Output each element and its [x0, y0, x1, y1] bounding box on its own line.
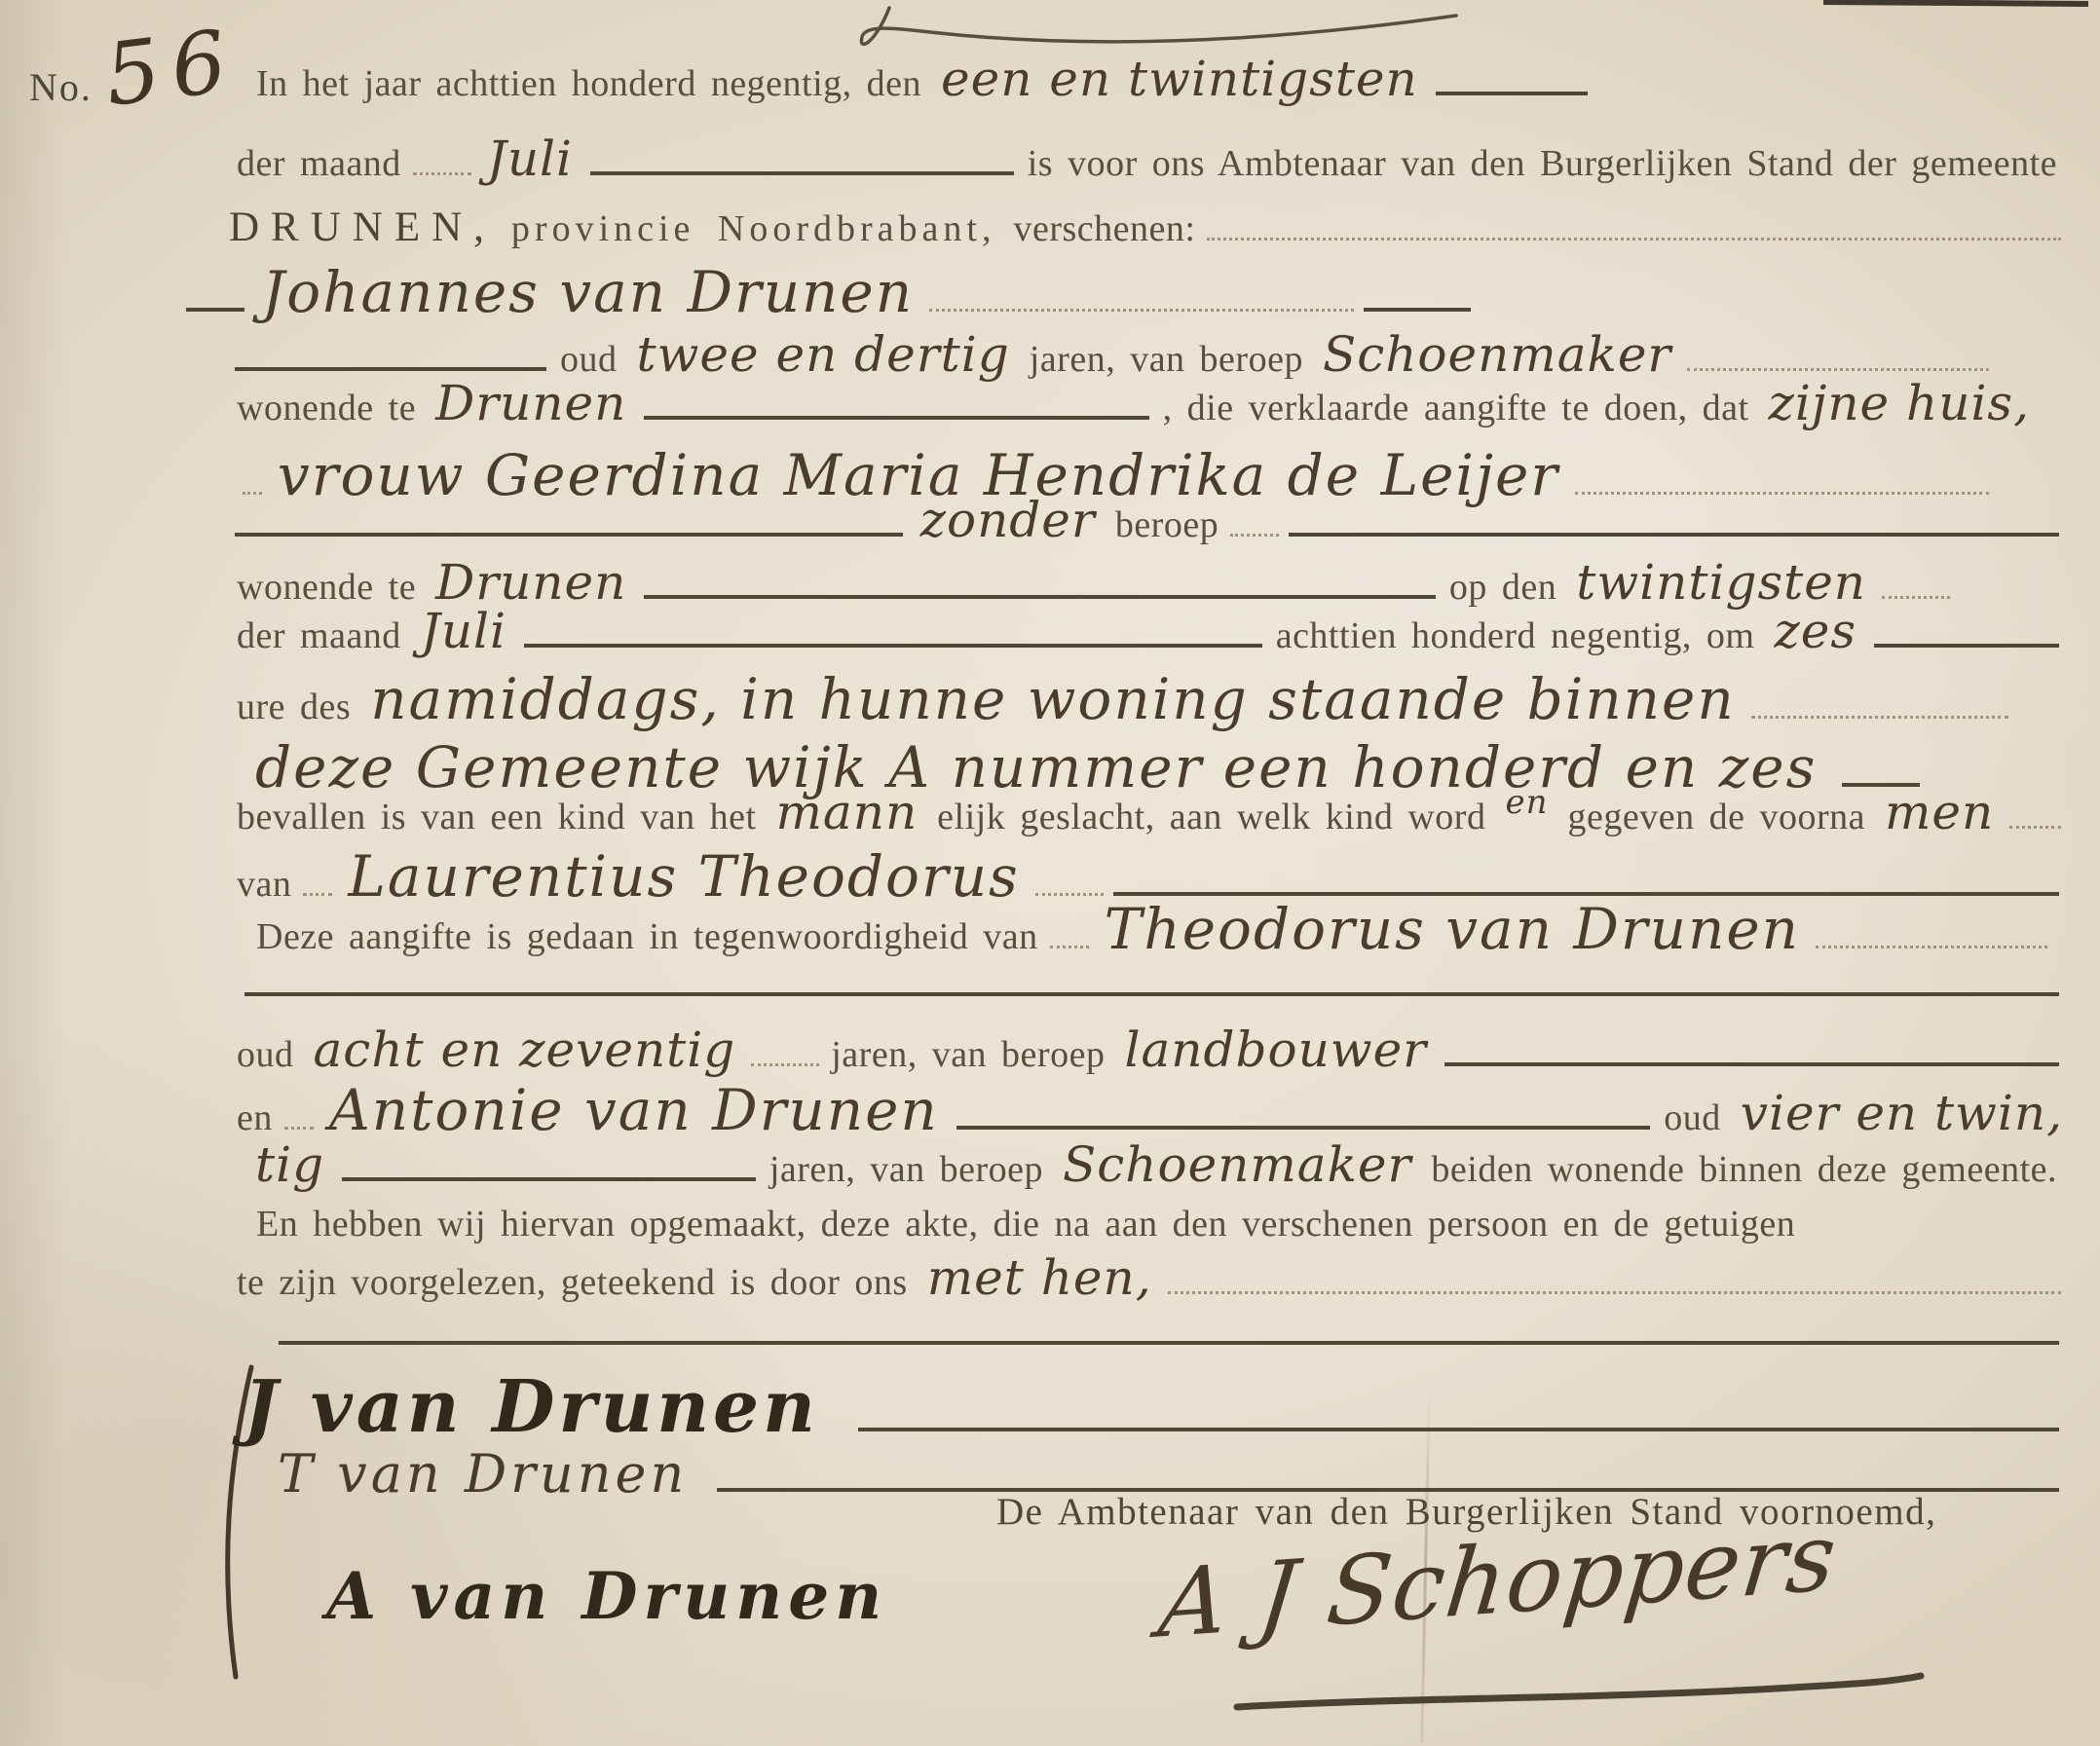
record-number-value: 56: [99, 10, 244, 126]
rule-line: [244, 987, 2059, 996]
rule-line: [279, 1336, 2059, 1345]
document-line: bevallen is van een kind van hetmannelij…: [229, 781, 2065, 841]
printed-text: In het jaar achttien honderd negentig, d…: [256, 62, 921, 105]
dotted-guide-line: [1687, 364, 1989, 371]
rule-line: [1874, 639, 2059, 648]
signature-text: A van Drunen: [326, 1558, 887, 1634]
dotted-guide-line: [1816, 942, 2047, 948]
document-line: [273, 1297, 2065, 1357]
rule-line: [186, 303, 244, 312]
document-line: der maandJuliis voor ons Ambtenaar van d…: [229, 128, 2065, 188]
dotted-guide-line: [1168, 1287, 2061, 1294]
printed-text: is voor ons Ambtenaar van den Burgerlijk…: [1028, 142, 2057, 185]
handwritten-text: landbouwer: [1124, 1022, 1427, 1078]
rule-line: [1289, 528, 2059, 537]
dotted-guide-line: [1882, 592, 1950, 599]
rule-line: [1364, 303, 1471, 312]
document-line: zonderberoep: [229, 489, 2065, 549]
printed-text: oud: [237, 1033, 294, 1076]
printed-text: bevallen is van een kind van het: [237, 796, 757, 838]
document-line: der maandJuliachttien honderd negentig, …: [229, 600, 2065, 660]
rule-line: [1113, 887, 2059, 896]
rule-line: [644, 411, 1148, 420]
document-line: In het jaar achttien honderd negentig, d…: [248, 48, 1594, 108]
printed-text: der maand: [237, 142, 401, 185]
dotted-guide-line: [929, 305, 1354, 312]
document-line: A van Drunen: [326, 1555, 1126, 1636]
handwritten-text: zonder: [920, 492, 1096, 548]
document-line: wonende teDrunen, die verklaarde aangift…: [229, 372, 2042, 432]
printed-text: beroep: [1115, 503, 1219, 546]
document-line: Johannes van Drunen: [180, 259, 1477, 325]
handwritten-text: Juli: [421, 603, 506, 659]
record-number-label: No.: [29, 64, 93, 110]
dotted-guide-line: [751, 1059, 819, 1066]
printed-text: En hebben wij hiervan opgemaakt, deze ak…: [256, 1203, 1795, 1245]
printed-text: provincie Noordbrabant,: [511, 207, 996, 250]
document-line: tigjaren, van beroepSchoenmakerbeiden wo…: [244, 1133, 2065, 1194]
rule-line: [1436, 87, 1588, 95]
printed-text: achttien honderd negentig, om: [1276, 614, 1755, 657]
printed-text: der maand: [237, 614, 401, 657]
dotted-guide-line: [413, 168, 471, 175]
rule-line: [235, 362, 546, 371]
handwritten-text: zes: [1774, 603, 1856, 659]
handwritten-text: Juli: [487, 130, 573, 187]
handwritten-text: tig: [255, 1136, 324, 1193]
dotted-guide-line: [1207, 234, 2061, 241]
rule-line: [590, 167, 1014, 175]
document-line: oudacht en zeventigjaren, van beroepland…: [229, 1019, 2065, 1079]
printed-text: verschenen:: [1013, 207, 1195, 250]
printed-text: ure des: [237, 686, 351, 728]
rule-line: [1444, 1058, 2059, 1066]
document-line: [239, 948, 2065, 1009]
printed-text: jaren, van beroep: [769, 1148, 1043, 1191]
handwritten-text: men: [1885, 784, 1994, 840]
printed-text: elijk geslacht, aan welk kind word: [937, 796, 1485, 838]
document-line: De Ambtenaar van den Burgerlijken Stand …: [989, 1476, 1983, 1537]
handwritten-text: acht en zeventig: [314, 1022, 736, 1078]
handwritten-text: een en twintigsten: [941, 51, 1418, 107]
document-line: DRUNEN,provincie Noordbrabant,verschenen…: [229, 193, 2065, 253]
rule-line: [524, 639, 1262, 648]
dotted-guide-line: [1230, 530, 1279, 537]
printed-text: beiden wonende binnen deze gemeente.: [1431, 1148, 2057, 1191]
printed-text: wonende te: [237, 387, 416, 429]
dotted-guide-line: [303, 889, 332, 896]
printed-text: gegeven de voorna: [1567, 796, 1865, 838]
scan-edge-mark: [1823, 0, 2088, 7]
document-line: ure desnamiddags, in hunne woning staand…: [229, 666, 2012, 732]
signature-underline-flourish: [1091, 1514, 2026, 1733]
dotted-guide-line: [1035, 889, 1104, 896]
printed-text: jaren, van beroep: [831, 1033, 1105, 1076]
rule-line: [956, 1121, 1650, 1130]
rule-line: [235, 528, 903, 537]
printed-text: , die verklaarde aangifte te doen, dat: [1163, 387, 1749, 429]
birth-record-page: No. 56 A J Schoppers In het jaar achttie…: [0, 0, 2100, 1746]
printed-text: DRUNEN,: [229, 204, 496, 251]
handwritten-text: Johannes van Drunen: [262, 259, 914, 325]
handwritten-text: mann: [776, 784, 919, 840]
handwritten-text: zijne huis,: [1769, 375, 2030, 431]
handwritten-text: namiddags, in hunne woning staande binne…: [370, 666, 1736, 732]
rule-line: [342, 1172, 756, 1181]
officiant-signature-block: A J Schoppers: [1091, 1514, 2045, 1743]
handwritten-text: en: [1505, 783, 1548, 822]
printed-text: De Ambtenaar van den Burgerlijken Stand …: [996, 1490, 1936, 1534]
handwritten-text: Drunen: [435, 375, 626, 431]
dotted-guide-line: [1050, 942, 1089, 948]
handwritten-text: Schoenmaker: [1063, 1136, 1411, 1193]
signature-text: T van Drunen: [278, 1443, 688, 1505]
rule-line: [644, 590, 1436, 599]
document-line: En hebben wij hiervan opgemaakt, deze ak…: [248, 1188, 2026, 1248]
dotted-guide-line: [1751, 712, 2008, 719]
dotted-guide-line: [2009, 822, 2061, 829]
dotted-guide-line: [284, 1123, 314, 1130]
